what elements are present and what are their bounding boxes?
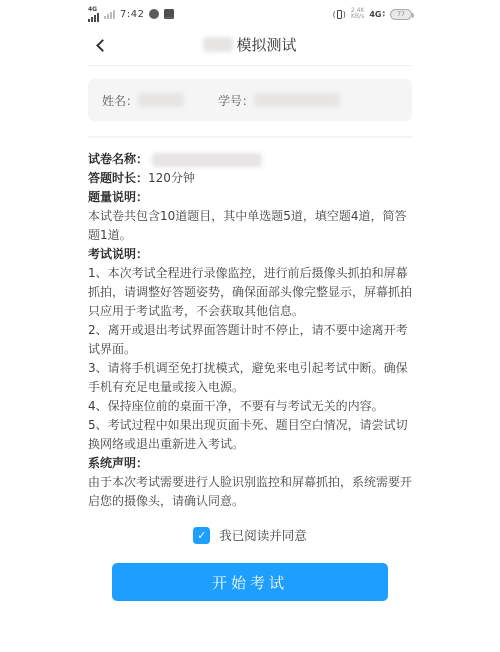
system-statement-text: 由于本次考试需要进行人脸识别监控和屏幕抓拍，系统需要开启您的摄像头，请确认同意。 <box>88 473 412 511</box>
nav-bar: 模拟测试 <box>88 23 412 65</box>
network-speed-indicator: 2.4K KB/s <box>351 8 364 20</box>
paper-name-label: 试卷名称： <box>88 150 148 169</box>
exam-info-section: 试卷名称： 答题时长：120分钟 题量说明： 本试卷共包含10道题目，其中单选题… <box>88 138 412 511</box>
status-time: 7:42 <box>120 9 144 20</box>
back-button[interactable] <box>92 37 114 59</box>
instruction-item: 3、请将手机调至免打扰模式，避免来电引起考试中断。确保手机有充足电量或接入电源。 <box>88 359 412 397</box>
signal-sim1-icon: 4G <box>88 7 99 22</box>
instruction-item: 5、考试过程中如果出现页面卡死、题目空白情况，请尝试切换网络或退出重新进入考试。 <box>88 416 412 454</box>
vibrate-icon: () <box>333 10 346 19</box>
chevron-left-icon <box>96 39 109 52</box>
duration-label: 答题时长： <box>88 171 148 185</box>
student-info-panel: 姓名： 学号： <box>88 79 412 121</box>
agreement-checkbox[interactable]: ✓ <box>193 527 210 544</box>
instruction-item: 2、离开或退出考试界面答题计时不停止，请不要中途离开考试界面。 <box>88 321 412 359</box>
system-statement-label: 系统声明： <box>88 456 148 470</box>
notification-app-icon-1 <box>149 9 159 19</box>
start-exam-button[interactable]: 开始考试 <box>112 563 388 601</box>
student-id-label: 学号： <box>218 92 254 109</box>
redacted-name-value <box>138 93 184 107</box>
quantity-text: 本试卷共包含10道题目，其中单选题5道，填空题4道，简答题1道。 <box>88 207 412 245</box>
instruction-item: 1、本次考试全程进行录像监控，进行前后摄像头抓拍和屏幕抓拍，请调整好答题姿势，确… <box>88 264 412 321</box>
page-title-text: 模拟测试 <box>236 34 296 55</box>
battery-icon: 77 <box>390 9 412 20</box>
instructions-label: 考试说明： <box>88 247 148 261</box>
notification-app-icon-2 <box>164 9 174 19</box>
status-bar: 4G 7:42 () 2.4K KB/s 4G ▴▾ 77 <box>88 5 412 23</box>
check-icon: ✓ <box>197 529 206 542</box>
name-label: 姓名： <box>102 92 138 109</box>
nav-divider <box>88 65 412 66</box>
quantity-label: 题量说明： <box>88 190 148 204</box>
battery-level: 77 <box>397 11 405 18</box>
phone-screen: 4G 7:42 () 2.4K KB/s 4G ▴▾ 77 <box>88 5 412 601</box>
redacted-paper-name <box>152 153 262 167</box>
redacted-student-id-value <box>254 93 340 107</box>
signal-sim2-icon <box>104 10 115 19</box>
redacted-title-prefix <box>203 37 233 52</box>
instruction-item: 4、保持座位前的桌面干净，不要有与考试无关的内容。 <box>88 397 412 416</box>
duration-value: 120分钟 <box>148 171 195 185</box>
page-title: 模拟测试 <box>88 34 412 55</box>
agreement-label: 我已阅读并同意 <box>219 526 307 544</box>
network-4g-arrows-icon: 4G ▴▾ <box>369 10 385 19</box>
agreement-row: ✓ 我已阅读并同意 <box>88 526 412 544</box>
